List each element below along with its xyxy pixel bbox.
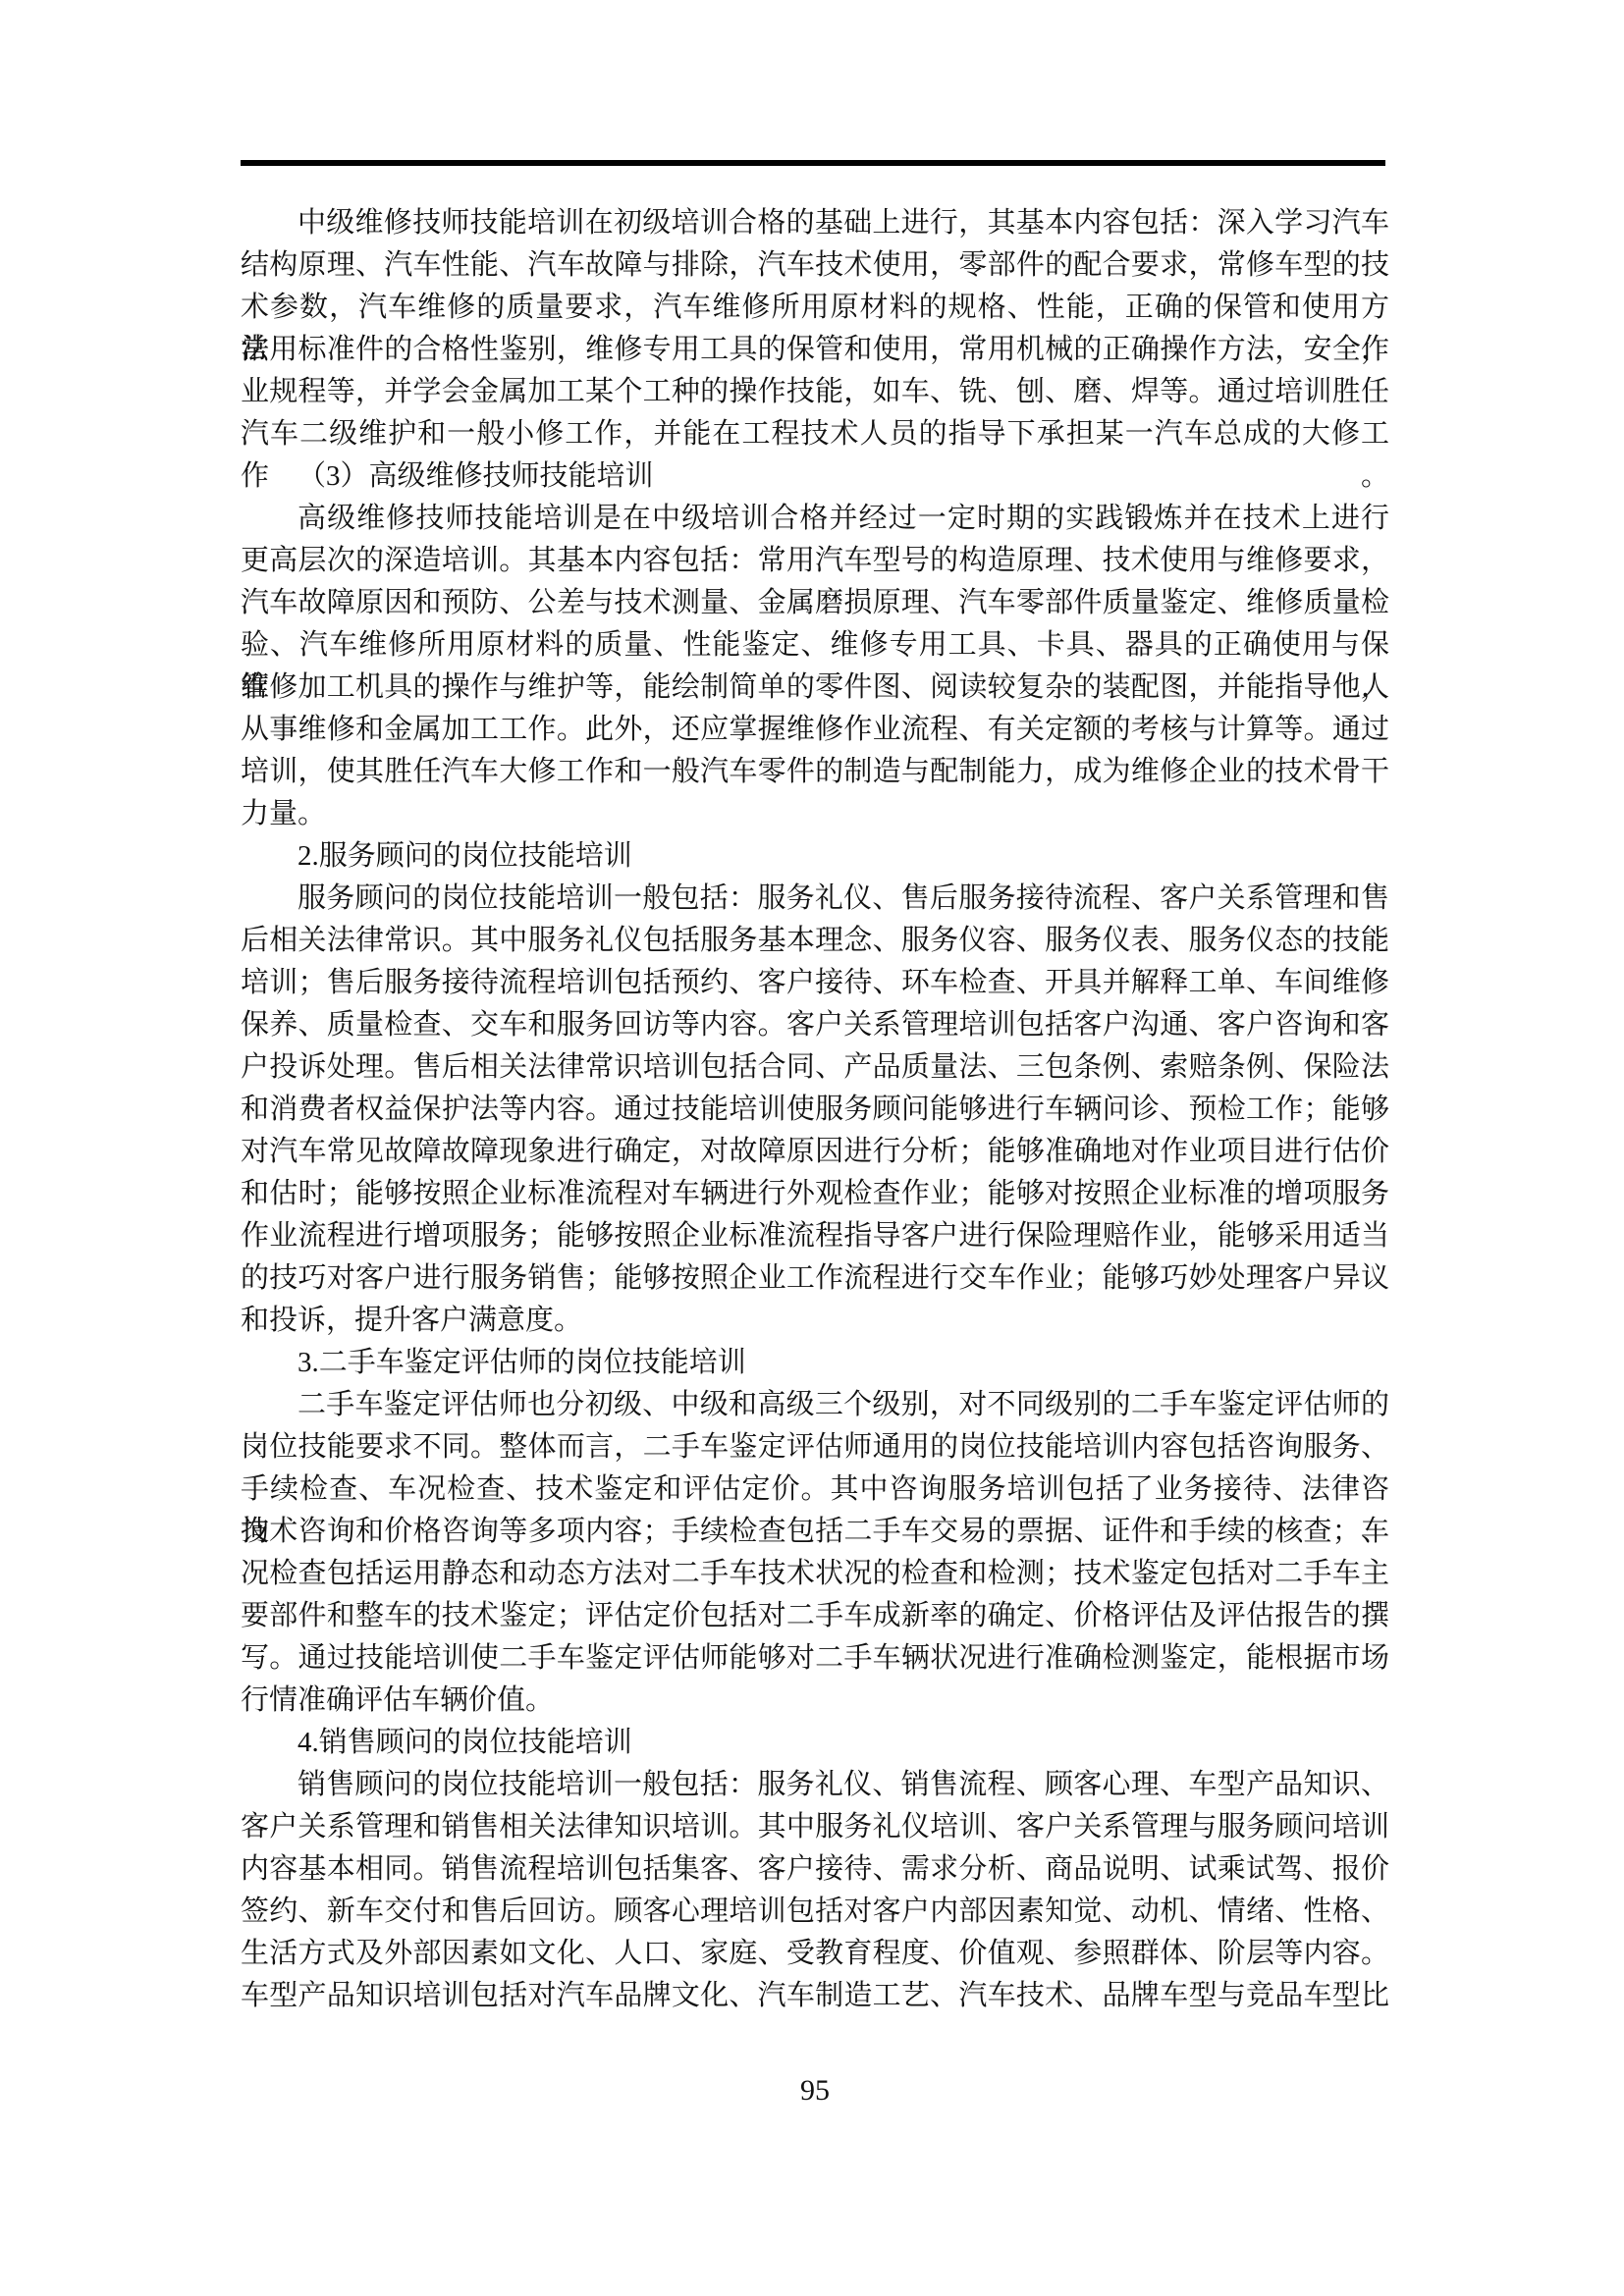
paragraph-line: 术参数，汽车维修的质量要求，汽车维修所用原材料的规格、性能，正确的保管和使用方法… [241, 287, 1389, 329]
section-heading: 2.服务顾问的岗位技能培训 [241, 835, 1389, 878]
document-body: 中级维修技师技能培训在初级培训合格的基础上进行，其基本内容包括：深入学习汽车结构… [241, 202, 1389, 2017]
paragraph-line: 从事维修和金属加工工作。此外，还应掌握维修作业流程、有关定额的考核与计算等。通过 [241, 709, 1389, 751]
paragraph-line: 车型产品知识培训包括对汽车品牌文化、汽车制造工艺、汽车技术、品牌车型与竞品车型比 [241, 1975, 1389, 2017]
paragraph-line: 写。通过技能培训使二手车鉴定评估师能够对二手车辆状况进行准确检测鉴定，能根据市场 [241, 1637, 1389, 1680]
paragraph-line: 和消费者权益保护法等内容。通过技能培训使服务顾问能够进行车辆问诊、预检工作；能够 [241, 1089, 1389, 1131]
paragraph-line: 业规程等，并学会金属加工某个工种的操作技能，如车、铣、刨、磨、焊等。通过培训胜任 [241, 371, 1389, 413]
paragraph-line: 验、汽车维修所用原材料的质量、性能鉴定、维修专用工具、卡具、器具的正确使用与保管… [241, 624, 1389, 667]
section-heading: 3.二手车鉴定评估师的岗位技能培训 [241, 1342, 1389, 1384]
paragraph-line: 对汽车常见故障故障现象进行确定，对故障原因进行分析；能够准确地对作业项目进行估价 [241, 1131, 1389, 1173]
paragraph-line: 二手车鉴定评估师也分初级、中级和高级三个级别，对不同级别的二手车鉴定评估师的 [241, 1384, 1389, 1426]
paragraph-line: 培训，使其胜任汽车大修工作和一般汽车零件的制造与配制能力，成为维修企业的技术骨干 [241, 751, 1389, 793]
paragraph-line: 生活方式及外部因素如文化、人口、家庭、受教育程度、价值观、参照群体、阶层等内容。 [241, 1933, 1389, 1975]
paragraph-line: 户投诉处理。售后相关法律常识培训包括合同、产品质量法、三包条例、索赔条例、保险法 [241, 1046, 1389, 1089]
paragraph-line: 和投诉，提升客户满意度。 [241, 1300, 1389, 1342]
paragraph-line: 保养、质量检查、交车和服务回访等内容。客户关系管理培训包括客户沟通、客户咨询和客 [241, 1004, 1389, 1046]
paragraph-line: 内容基本相同。销售流程培训包括集客、客户接待、需求分析、商品说明、试乘试驾、报价 [241, 1848, 1389, 1891]
paragraph-line: 培训；售后服务接待流程培训包括预约、客户接待、环车检查、开具并解释工单、车间维修 [241, 962, 1389, 1004]
paragraph-line: 高级维修技师技能培训是在中级培训合格并经过一定时期的实践锻炼并在技术上进行 [241, 498, 1389, 540]
paragraph-line: 手续检查、车况检查、技术鉴定和评估定价。其中咨询服务培训包括了业务接待、法律咨询… [241, 1468, 1389, 1511]
paragraph-line: 销售顾问的岗位技能培训一般包括：服务礼仪、销售流程、顾客心理、车型产品知识、 [241, 1764, 1389, 1806]
section-heading: 4.销售顾问的岗位技能培训 [241, 1722, 1389, 1764]
paragraph-line: 结构原理、汽车性能、汽车故障与排除，汽车技术使用，零部件的配合要求，常修车型的技 [241, 244, 1389, 287]
paragraph-line: 签约、新车交付和售后回访。顾客心理培训包括对客户内部因素知觉、动机、情绪、性格、 [241, 1891, 1389, 1933]
paragraph-line: 更高层次的深造培训。其基本内容包括：常用汽车型号的构造原理、技术使用与维修要求， [241, 540, 1389, 582]
paragraph-line: 行情准确评估车辆价值。 [241, 1680, 1389, 1722]
paragraph-line: 和估时；能够按照企业标准流程对车辆进行外观检查作业；能够对按照企业标准的增项服务 [241, 1173, 1389, 1215]
paragraph-line: 作业流程进行增项服务；能够按照企业标准流程指导客户进行保险理赔作业，能够采用适当 [241, 1215, 1389, 1257]
paragraph-line: 的技巧对客户进行服务销售；能够按照企业工作流程进行交车作业；能够巧妙处理客户异议 [241, 1257, 1389, 1300]
paragraph-line: 客户关系管理和销售相关法律知识培训。其中服务礼仪培训、客户关系管理与服务顾问培训 [241, 1806, 1389, 1848]
paragraph-line: 岗位技能要求不同。整体而言，二手车鉴定评估师通用的岗位技能培训内容包括咨询服务、 [241, 1426, 1389, 1468]
paragraph-line: 常用标准件的合格性鉴别，维修专用工具的保管和使用，常用机械的正确操作方法，安全作 [241, 329, 1389, 371]
paragraph-line: 技术咨询和价格咨询等多项内容；手续检查包括二手车交易的票据、证件和手续的核查；车 [241, 1511, 1389, 1553]
document-page: 中级维修技师技能培训在初级培训合格的基础上进行，其基本内容包括：深入学习汽车结构… [0, 0, 1624, 2296]
page-number: 95 [241, 2073, 1389, 2109]
paragraph-line: 汽车故障原因和预防、公差与技术测量、金属磨损原理、汽车零部件质量鉴定、维修质量检 [241, 582, 1389, 624]
paragraph-line: 力量。 [241, 793, 1389, 835]
paragraph-line: 汽车二级维护和一般小修工作，并能在工程技术人员的指导下承担某一汽车总成的大修工作… [241, 413, 1389, 455]
paragraph-line: 后相关法律常识。其中服务礼仪包括服务基本理念、服务仪容、服务仪表、服务仪态的技能 [241, 920, 1389, 962]
paragraph-line: 中级维修技师技能培训在初级培训合格的基础上进行，其基本内容包括：深入学习汽车 [241, 202, 1389, 244]
paragraph-line: 要部件和整车的技术鉴定；评估定价包括对二手车成新率的确定、价格评估及评估报告的撰 [241, 1595, 1389, 1637]
paragraph-line: 维修加工机具的操作与维护等，能绘制简单的零件图、阅读较复杂的装配图，并能指导他人 [241, 667, 1389, 709]
paragraph-line: 况检查包括运用静态和动态方法对二手车技术状况的检查和检测；技术鉴定包括对二手车主 [241, 1553, 1389, 1595]
paragraph-line: 服务顾问的岗位技能培训一般包括：服务礼仪、售后服务接待流程、客户关系管理和售 [241, 878, 1389, 920]
header-rule [241, 160, 1385, 166]
